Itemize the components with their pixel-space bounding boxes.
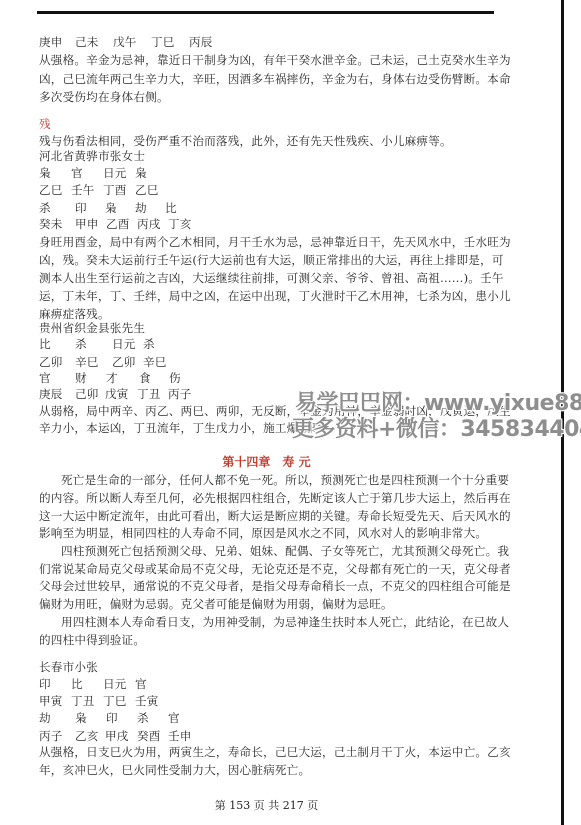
god-label: 枭: [135, 166, 147, 180]
luck-pillars-row: 癸未甲申乙酉丙戌丁亥: [39, 217, 192, 231]
pillar: 壬寅: [135, 694, 159, 708]
case-title: 长春市小张: [39, 660, 98, 674]
pillar: 丙辰: [189, 35, 213, 49]
god-label: 比: [39, 337, 75, 351]
pillar: 己未: [75, 35, 113, 49]
pillar: 丙子: [39, 729, 75, 743]
section-heading: 残: [39, 117, 51, 131]
god-label: 官: [135, 677, 147, 691]
pillar: 戊午: [113, 35, 151, 49]
god-label: 印: [106, 711, 137, 725]
text-line: 四柱预测死亡包括预测父母、兄弟、姐妹、配偶、子女等死亡，尤其预测父母死亡。我: [61, 544, 509, 558]
god-label: 枭: [75, 711, 106, 725]
pillar: 庚申: [39, 35, 75, 49]
pillar: 癸未: [39, 217, 75, 231]
luck-gods-row: 杀印枭劫比: [39, 201, 177, 215]
pillar: 乙酉: [106, 217, 137, 231]
chapter-title: 第十四章 寿 元: [39, 455, 494, 469]
god-label: 杀: [39, 201, 75, 215]
pillar: 丁亥: [168, 217, 192, 231]
pillars-row: 乙卯辛巳乙卯辛巳: [39, 355, 167, 369]
text-line: 偏财为用旺，偏财为忌弱。克父者可能是偏财为用弱，偏财为忌旺。: [39, 597, 393, 611]
text-line: 的内容。所以断人寿至几何，必先根据四柱组合，先断定该人亡于第几步大运上，然后再在: [39, 491, 511, 505]
god-label: 日元: [103, 677, 135, 691]
pillars-row: 甲寅丁丑丁巳壬寅: [39, 694, 159, 708]
pillars-row: 乙巳壬午丁酉乙巳: [39, 183, 159, 197]
text-line: 多次受伤均在身体右侧。: [39, 90, 169, 104]
pillar: 乙卯: [39, 355, 75, 369]
luck-gods-row: 劫枭印杀官: [39, 711, 180, 725]
pillar: 丁丑: [137, 387, 168, 401]
pillars-row: 庚申己未戊午丁巳丙辰: [39, 35, 213, 49]
pillar: 戊寅: [105, 387, 137, 401]
god-label: 比: [165, 201, 177, 215]
text-line: 凶，己巳流年两己生辛力大，辛旺，因酒多车祸摔伤，辛金为右，身体右边受伤臂断。本命: [39, 72, 511, 86]
case-title: 贵州省织金县张先生: [39, 321, 145, 335]
pillar: 乙巳: [39, 183, 71, 197]
text-line: 从强格，日支巳火为用，两寅生之，寿命长，己巳大运，己土制月干丁火，本运中亡。乙亥: [39, 745, 511, 759]
text-line: 身旺用酉金，局中有两个乙木相同，月干壬水为忌，忌神靠近日干，先天风水中，壬水旺为: [39, 235, 511, 249]
god-label: 枭: [105, 201, 135, 215]
god-label: 食: [139, 371, 169, 385]
gods-row: 印比日元官: [39, 677, 147, 691]
pillar: 癸酉: [137, 729, 168, 743]
pillar: 乙卯: [112, 355, 143, 369]
god-label: 比: [71, 677, 103, 691]
luck-gods-row: 官财才食伤: [39, 371, 181, 385]
god-label: 劫: [135, 201, 165, 215]
god-label: 财: [75, 371, 106, 385]
text-line: 从强格。辛金为忌神，靠近日干制身为凶，有年干癸水泄辛金。己未运，己土克癸水生辛为: [39, 53, 511, 67]
text-line: 的四柱中得到验证。: [39, 633, 145, 647]
god-label: 杀: [143, 337, 155, 351]
pillar: 丁丑: [71, 694, 103, 708]
pillar: 丙戌: [137, 217, 168, 231]
pillar: 乙巳: [135, 183, 159, 197]
text-line: 们常说某命局克父母或某命局不克父母，无论克还是不克，父母都有死亡的一天，克父母者: [39, 562, 511, 576]
pillar: 丁巳: [103, 694, 135, 708]
pillar: 丙子: [168, 387, 192, 401]
god-label: 日元: [103, 166, 135, 180]
god-label: 才: [106, 371, 139, 385]
text-line: 父母会过世较早，通常说的不克父母者，是指父母寿命稍长一点，不克父的四柱组合可能是: [39, 579, 511, 593]
text-line: 运，丁未年，丁、壬绊，局中之凶，在运中出现，丁火泄时干乙木用神，七杀为凶，患小儿: [39, 289, 511, 303]
text-line: 影响至为明显，相同四柱的人寿命不同，原因是风水之不同，风水对人的影响非常大。: [39, 526, 487, 540]
pillar: 甲寅: [39, 694, 71, 708]
pillar: 甲申: [75, 217, 106, 231]
pillar: 壬午: [71, 183, 103, 197]
text-line: 辛力小，本运凶，丁丑流年，丁生戊力小，施工爆破时，: [39, 421, 334, 435]
god-label: 伤: [169, 371, 181, 385]
pillar: 丁酉: [103, 183, 135, 197]
text-line: 凶，残。癸未大运前行壬午运(行大运前也有大运，顺正常排出的大运，再往上排即是，可: [39, 253, 504, 267]
god-label: 官: [71, 166, 103, 180]
god-label: 杀: [137, 711, 168, 725]
text-line: 测本人出生至行运前之吉凶，大运继续往前排，可测父亲、爷爷、曾祖、高祖……)。壬午: [39, 271, 504, 285]
text-line: 这一大运中断定流年，由此可看出，断大运是断应期的关键。寿命长短受先天、后天风水的: [39, 509, 511, 523]
pillar: 己卯: [75, 387, 105, 401]
text-line: 年，亥冲巳火，巳火同性受制力大，因心脏病死亡。: [39, 763, 310, 777]
god-label: 杀: [75, 337, 112, 351]
luck-pillars-row: 丙子乙亥甲戌癸酉壬申: [39, 729, 192, 743]
god-label: 官: [168, 711, 180, 725]
pillar: 壬申: [168, 729, 192, 743]
god-label: 印: [39, 677, 71, 691]
gods-row: 比杀日元杀: [39, 337, 155, 351]
pillar: 丁巳: [151, 35, 189, 49]
text-line: 麻痹症落残。: [39, 307, 110, 321]
luck-pillars-row: 庚辰己卯戊寅丁丑丙子: [39, 387, 192, 401]
god-label: 劫: [39, 711, 75, 725]
god-label: 官: [39, 371, 75, 385]
page-number: 第 153 页 共 217 页: [39, 799, 494, 813]
top-rule: [37, 11, 494, 14]
god-label: 枭: [39, 166, 71, 180]
case-title: 河北省黄骅市张女士: [39, 149, 145, 163]
pillar: 庚辰: [39, 387, 75, 401]
god-label: 日元: [112, 337, 143, 351]
gods-row: 枭官日元枭: [39, 166, 147, 180]
pillar: 乙亥: [75, 729, 105, 743]
pillar: 甲戌: [105, 729, 137, 743]
text-line: 用四柱测本人寿命看日支，为用神受制，为忌神逢生扶时本人死亡，此结论，在已故人: [61, 615, 509, 629]
pillar: 辛巳: [75, 355, 112, 369]
text-line: 残与伤看法相同，受伤严重不治而落残，此外，还有先天性残疾、小儿麻痹等。: [39, 134, 452, 148]
god-label: 印: [75, 201, 105, 215]
pillar: 辛巳: [143, 355, 167, 369]
text-line: 死亡是生命的一部分，任何人都不免一死。所以，预测死亡也是四柱预测一个十分重要: [61, 473, 509, 487]
watermark-contact: 更多资料+微信：3458344044: [292, 412, 581, 443]
